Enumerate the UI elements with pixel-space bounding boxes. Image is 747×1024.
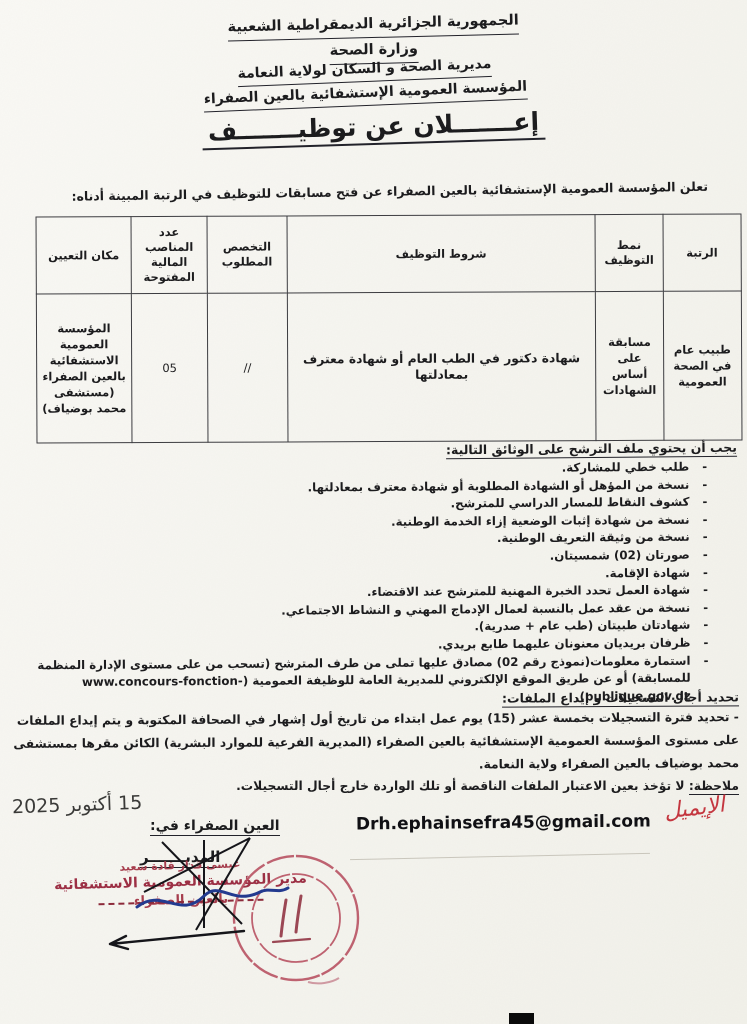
- item-bullet: -: [703, 564, 708, 582]
- column-header-mode: نمط التوظيف: [595, 214, 663, 291]
- email-label-handwritten: الإيميل: [663, 792, 726, 824]
- recruitment-table: الرتبة نمط التوظيف شروط التوظيف التخصص ا…: [36, 213, 743, 443]
- handwritten-date: 15 أكتوبر 2025: [12, 792, 143, 819]
- column-header-specialty: التخصص المطلوب: [207, 216, 287, 293]
- item-bullet: -: [702, 459, 707, 477]
- note-text: لا تؤخذ بعين الاعتبار الملفات الناقصة أو…: [236, 779, 689, 793]
- signature-blue-stroke: [137, 888, 288, 907]
- item-bullet: -: [703, 582, 708, 600]
- item-bullet: -: [703, 599, 708, 617]
- document-item-text: ظرفان بريديان معنونان عليهما طابع بريدي.: [438, 636, 690, 652]
- scanned-document-page: الجمهورية الجزائرية الديمقراطية الشعبية …: [0, 0, 747, 1024]
- item-bullet: -: [703, 547, 708, 565]
- cell-specialty: //: [207, 293, 287, 442]
- column-header-positions: عدد المناصب المالية المفتوحة: [131, 216, 207, 293]
- documents-list: -طلب خطي للمشاركة. -نسخة من المؤهل أو ال…: [34, 459, 691, 710]
- document-item-text: نسخة من شهادة إثبات الوضعية إزاء الخدمة …: [391, 512, 690, 528]
- cell-mode: مسابقة على أساس الشهادات: [596, 291, 664, 440]
- column-header-location: مكان التعيين: [36, 217, 131, 294]
- document-item-text: طلب خطي للمشاركة.: [562, 460, 690, 475]
- document-item-text: كشوف النقاط للمسار الدراسي للمترشح.: [451, 495, 690, 511]
- announcement-title: إعـــــــلان عن توظيـــــــف: [202, 107, 546, 151]
- table-row: طبيب عام في الصحة العمومية مسابقة على أس…: [36, 291, 742, 443]
- document-item-text: شهادة الإقامة.: [605, 565, 690, 580]
- deadlines-heading: تحديد أجال التسجيلات و إيداع الملفات:: [502, 689, 739, 707]
- deadlines-heading-wrap: تحديد أجال التسجيلات و إيداع الملفات:: [502, 689, 739, 705]
- deadlines-text: - تحديد فترة التسجيلات بخمسة عشر (15) يو…: [8, 706, 739, 779]
- item-bullet: -: [704, 652, 709, 670]
- item-bullet: -: [703, 617, 708, 635]
- intro-text: تعلن المؤسسة العمومية الإستشفائية بالعين…: [40, 179, 708, 204]
- document-item-text: شهادة العمل تحدد الخبرة المهنية للمترشح …: [367, 583, 690, 599]
- item-bullet: -: [702, 494, 707, 512]
- column-header-rank: الرتبة: [663, 214, 742, 291]
- document-item-text: نسخة من وثيقة التعريف الوطنية.: [497, 530, 690, 545]
- document-item-text: صورتان (02) شمسيتان.: [550, 548, 690, 563]
- announcement-title-wrap: إعـــــــلان عن توظيـــــــف: [0, 100, 747, 152]
- cell-rank: طبيب عام في الصحة العمومية: [663, 291, 742, 440]
- documents-heading-wrap: يجب أن يحتوي ملف الترشح على الوثائق التا…: [446, 440, 737, 458]
- documents-heading: يجب أن يحتوي ملف الترشح على الوثائق التا…: [446, 440, 737, 460]
- document-item-text: نسخة من عقد عمل بالنسبة لعمال الإدماج ال…: [281, 600, 690, 617]
- item-bullet: -: [703, 529, 708, 547]
- item-bullet: -: [703, 635, 708, 653]
- pencil-underline: [350, 853, 650, 860]
- item-bullet: -: [702, 476, 707, 494]
- document-item-text: نسخة من المؤهل أو الشهادة المطلوبة أو شه…: [308, 477, 690, 494]
- signature-scribble: [92, 832, 332, 957]
- item-bullet: -: [703, 511, 708, 529]
- cell-conditions: شهادة دكتور في الطب العام أو شهادة معترف…: [287, 292, 596, 442]
- black-redaction-mark: [509, 1013, 534, 1024]
- note-line: ملاحظة: لا تؤخذ بعين الاعتبار الملفات ال…: [8, 779, 739, 793]
- cell-location: المؤسسة العمومية الاستشفائية بالعين الصف…: [36, 294, 132, 443]
- document-item-text: شهادتان طبيتان (طب عام + صدرية).: [474, 618, 690, 634]
- cell-positions: 05: [131, 293, 208, 442]
- column-header-conditions: شروط التوظيف: [287, 215, 596, 293]
- table-header-row: الرتبة نمط التوظيف شروط التوظيف التخصص ا…: [36, 214, 741, 294]
- email-address: Drh.ephainsefra45@gmail.com: [356, 811, 651, 834]
